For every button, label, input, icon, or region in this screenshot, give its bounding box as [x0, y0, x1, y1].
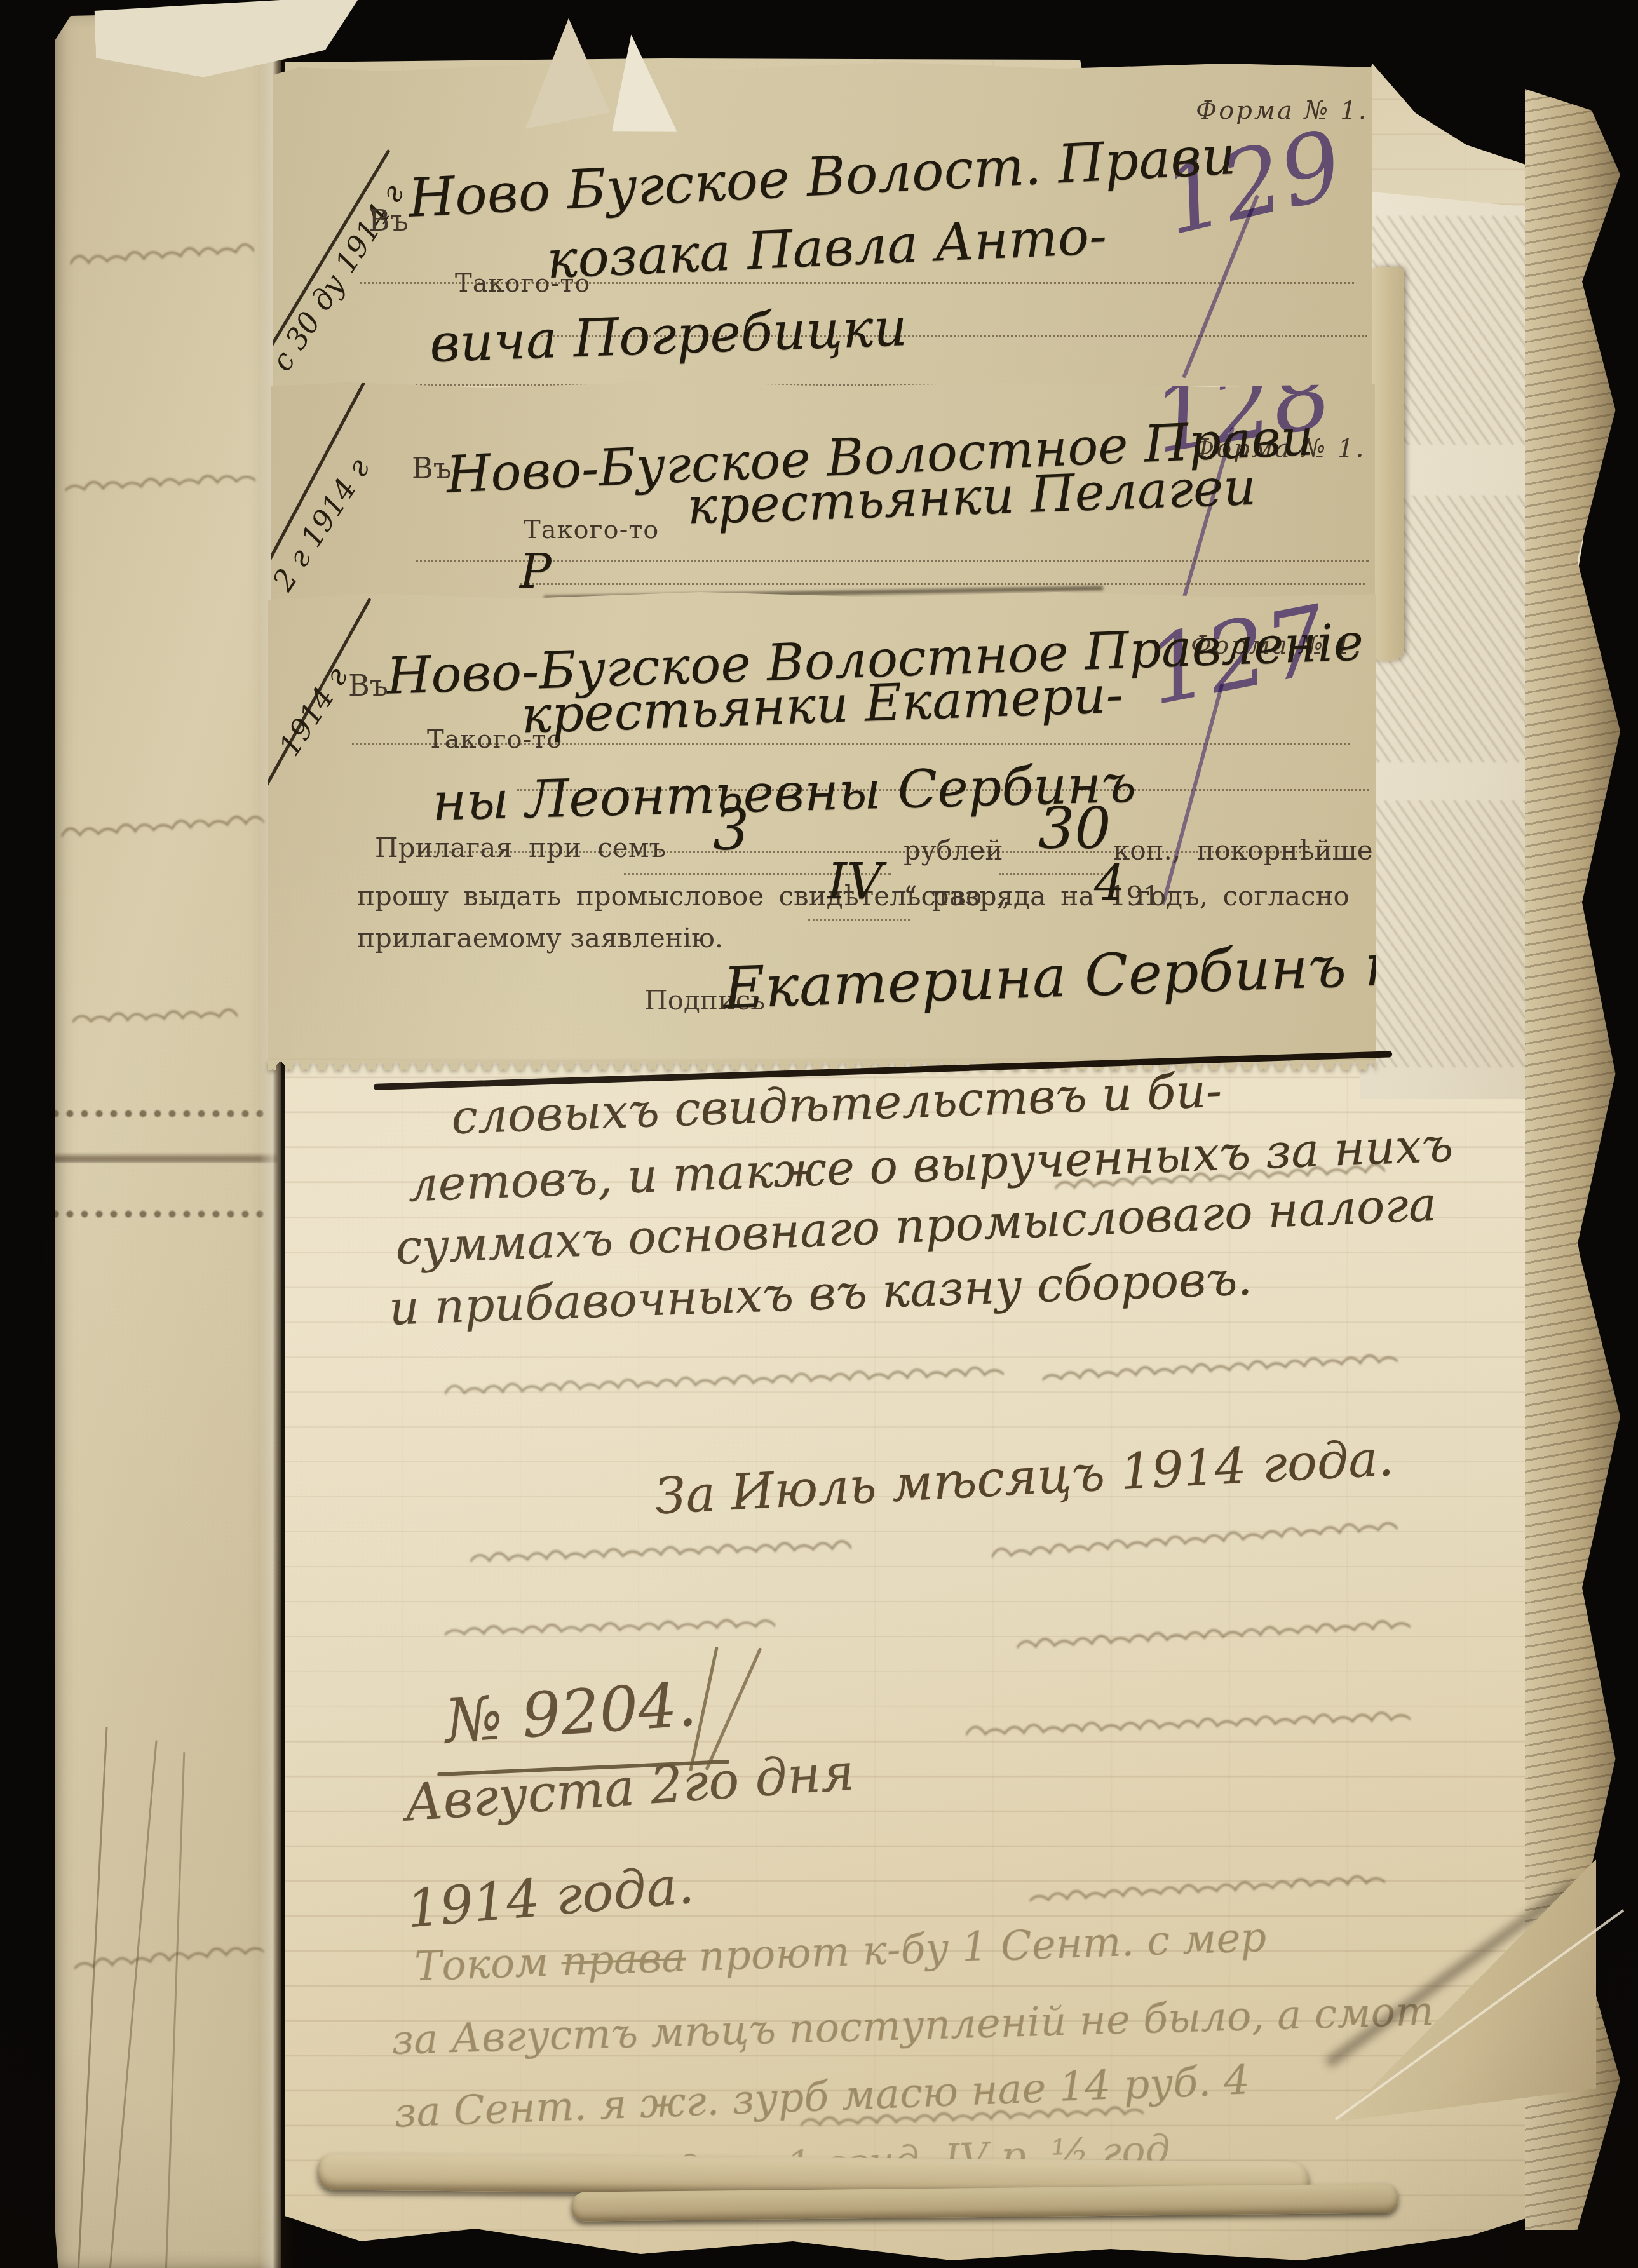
grade-value: IV — [827, 856, 883, 908]
rubles-label: рублей — [904, 836, 1003, 865]
name-line: Р — [520, 548, 552, 597]
crease-line — [165, 1752, 186, 2268]
hatch-marks — [1372, 800, 1531, 1067]
form-slip-3: Форма № 1. 127 1914 г Въ Ново-Бугское Во… — [268, 591, 1376, 1062]
dotted-rule — [520, 583, 1365, 585]
bleed-through-ghost-line — [60, 805, 265, 847]
perforation-row — [50, 1209, 266, 1219]
kopecks-label: коп., покорнѣйше — [1113, 836, 1373, 865]
form-slip-1: Форма № 1. 129 с 30 ду 1914 г Въ Ново Бу… — [273, 61, 1372, 386]
field-label-to: Въ — [369, 205, 409, 237]
amount-rubles: 3 — [713, 800, 749, 861]
dotted-rule — [808, 919, 910, 921]
name-line: козака Павла Анто- — [546, 209, 1108, 288]
amount-kopecks: 30 — [1038, 799, 1111, 860]
name-line: вича Погребицки — [429, 300, 908, 372]
margin-date-note: 2 г 1914 г — [266, 452, 376, 597]
request-clause: годъ, согласно — [1136, 882, 1350, 911]
counterfoil-stack — [55, 11, 281, 2268]
dotted-rule — [999, 873, 1107, 875]
attach-clause: Прилагая при семъ — [375, 834, 666, 863]
tear-line — [55, 1152, 277, 1163]
note-word: Током — [414, 1939, 549, 1990]
bleed-through-ghost-line — [69, 234, 255, 274]
bleed-through-ghost-line — [73, 1934, 266, 1979]
field-label-such: Такого-то — [524, 516, 659, 544]
doc-number: № 9204. — [443, 1672, 698, 1753]
crease-line — [109, 1740, 157, 2268]
year-digit: 4 — [1094, 858, 1125, 908]
crease-line — [77, 1727, 107, 2268]
dotted-rule — [416, 560, 1369, 562]
name-line: ны Леонтьевны Сербинъ — [431, 757, 1137, 830]
note-word-struck: права — [560, 1934, 686, 1986]
margin-date-note: 1914 г — [272, 661, 355, 762]
field-value-to: Ново Бугское Волост. Прави — [407, 127, 1237, 226]
field-label-to: Въ — [348, 670, 388, 702]
perforation-row — [50, 1109, 266, 1119]
archival-scan-page: словыхъ свидѣтельствъ и би- летовъ, и та… — [0, 0, 1638, 2268]
margin-pen-stroke — [252, 598, 372, 811]
bleed-through-ghost-line — [64, 464, 256, 501]
request-clause: прилагаемому заявленію. — [357, 924, 723, 953]
bleed-through-ghost-line — [72, 999, 238, 1032]
